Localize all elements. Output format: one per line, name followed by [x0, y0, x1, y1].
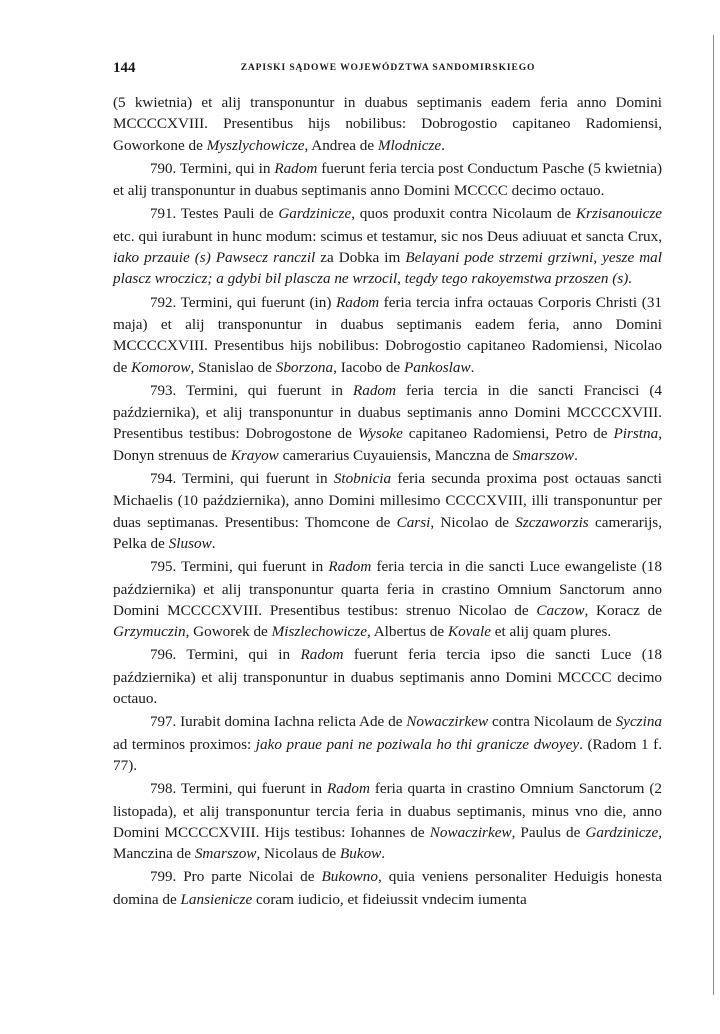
text: etc. qui iurabunt in hunc modum: scimus … — [113, 228, 662, 245]
italic-text: Radom — [336, 294, 379, 311]
entry-number: 792. — [150, 295, 176, 311]
italic-text: Mlodnicze — [378, 137, 441, 154]
text: Termini, qui fuerunt in — [176, 558, 328, 575]
italic-text: Lansienicze — [180, 891, 252, 908]
italic-text: Stobnicia — [334, 470, 391, 487]
page-body: (5 kwietnia) et alij transponuntur in du… — [113, 92, 662, 910]
entry-paragraph: 799. Pro parte Nicolai de Bukowno, quia … — [113, 866, 662, 910]
italic-text: Bukowno — [321, 868, 378, 885]
italic-text: Gardzinicze — [585, 824, 658, 841]
text: , quos produxit contra Nicolaum de — [351, 205, 576, 222]
entry-number: 797. — [150, 714, 176, 730]
italic-text: Smarszow — [195, 845, 257, 862]
italic-text: Carsi — [397, 514, 431, 531]
entry-paragraph: 790. Termini, qui in Radom fuerunt feria… — [113, 158, 662, 202]
entry-paragraph: 796. Termini, qui in Radom fuerunt feria… — [113, 644, 662, 709]
italic-text: Szczaworzis — [515, 514, 588, 531]
italic-text: Grzymuczin — [113, 623, 186, 640]
text: , Nicolaus de — [256, 845, 340, 862]
text: et alij quam plures. — [491, 623, 611, 640]
text: , Goworek de — [186, 623, 272, 640]
italic-text: Radom — [274, 160, 317, 177]
italic-text: Kovale — [448, 623, 491, 640]
italic-text: jako praue pani ne poziwala ho thi grani… — [256, 736, 579, 753]
text: , Paulus de — [512, 824, 586, 841]
text: Termini, qui fuerunt in — [176, 470, 334, 487]
continued-paragraph: (5 kwietnia) et alij transponuntur in du… — [113, 92, 662, 156]
italic-text: Bukow — [340, 845, 381, 862]
italic-text: Pirstna — [613, 425, 658, 442]
italic-text: Gardzinicze — [278, 205, 351, 222]
italic-text: iako przauie (s) Pawsecz ranczil — [113, 249, 315, 266]
entry-number: 790. — [150, 161, 176, 177]
text: Iurabit domina Iachna relicta Ade de — [176, 713, 406, 730]
text: Pro parte Nicolai de — [176, 868, 321, 885]
italic-text: Komorow — [131, 359, 190, 376]
italic-text: Smarszow — [512, 447, 574, 464]
italic-text: Sborzona — [276, 359, 333, 376]
italic-text: Syczina — [616, 713, 662, 730]
page-edge-rule — [713, 35, 714, 995]
entry-paragraph: 797. Iurabit domina Iachna relicta Ade d… — [113, 711, 662, 776]
entry-paragraph: 794. Termini, qui fuerunt in Stobnicia f… — [113, 468, 662, 554]
italic-text: Radom — [300, 646, 343, 663]
italic-text: Krzisanouicze — [576, 205, 662, 222]
text: . — [212, 535, 216, 552]
text: . — [441, 137, 445, 154]
text: za Dobka im — [315, 249, 405, 266]
text: , Iacobo de — [333, 359, 404, 376]
page-header: 144 ZAPISKI SĄDOWE WOJEWÓDZTWA SANDOMIRS… — [113, 60, 663, 80]
text: , Stanislao de — [191, 359, 276, 376]
italic-text: Nowaczirkew — [406, 713, 488, 730]
italic-text: Slusow — [169, 535, 212, 552]
text: coram iudicio, et fideiussit vndecim ium… — [252, 891, 527, 908]
entry-number: 793. — [150, 383, 176, 399]
entry-paragraph: 791. Testes Pauli de Gardzinicze, quos p… — [113, 203, 662, 289]
italic-text: Radom — [353, 382, 396, 399]
entry-number: 795. — [150, 559, 176, 575]
italic-text: Radom — [328, 558, 371, 575]
text: Termini, qui fuerunt in — [176, 780, 327, 797]
text: , Koracz de — [585, 602, 662, 619]
text: contra Nicolaum de — [488, 713, 615, 730]
entry-paragraph: 798. Termini, qui fuerunt in Radom feria… — [113, 778, 662, 864]
italic-text: Krayow — [231, 447, 279, 464]
text: ad terminos proximos: — [113, 736, 256, 753]
running-title: ZAPISKI SĄDOWE WOJEWÓDZTWA SANDOMIRSKIEG… — [113, 63, 663, 73]
text: . — [381, 845, 385, 862]
text: . — [574, 447, 578, 464]
text: , Nicolao de — [430, 514, 515, 531]
text: , Albertus de — [367, 623, 448, 640]
entry-number: 798. — [150, 781, 176, 797]
entry-number: 794. — [150, 471, 176, 487]
entry-number: 791. — [150, 206, 176, 222]
entry-number: 799. — [150, 869, 176, 885]
entry-paragraph: 793. Termini, qui fuerunt in Radom feria… — [113, 380, 662, 466]
text: . — [471, 359, 475, 376]
italic-text: Miszlechowicze — [272, 623, 367, 640]
italic-text: Radom — [327, 780, 370, 797]
text: camerarius Cuyauiensis, Manczna de — [279, 447, 513, 464]
text: capitaneo Radomiensi, Petro de — [403, 425, 614, 442]
entry-number: 796. — [150, 647, 176, 663]
text: , Andrea de — [304, 137, 377, 154]
italic-text: Myszlychowicze — [207, 137, 305, 154]
text: Testes Pauli de — [176, 205, 278, 222]
text: Termini, qui fuerunt (in) — [176, 294, 336, 311]
entry-paragraph: 792. Termini, qui fuerunt (in) Radom fer… — [113, 292, 662, 378]
italic-text: Pankoslaw — [404, 359, 471, 376]
italic-text: Caczow — [536, 602, 584, 619]
text: Termini, qui fuerunt in — [176, 382, 353, 399]
text: Termini, qui in — [176, 160, 274, 177]
italic-text: Nowaczirkew — [430, 824, 512, 841]
italic-text: Wysoke — [358, 425, 403, 442]
entry-paragraph: 795. Termini, qui fuerunt in Radom feria… — [113, 556, 662, 642]
text: Termini, qui in — [176, 646, 300, 663]
